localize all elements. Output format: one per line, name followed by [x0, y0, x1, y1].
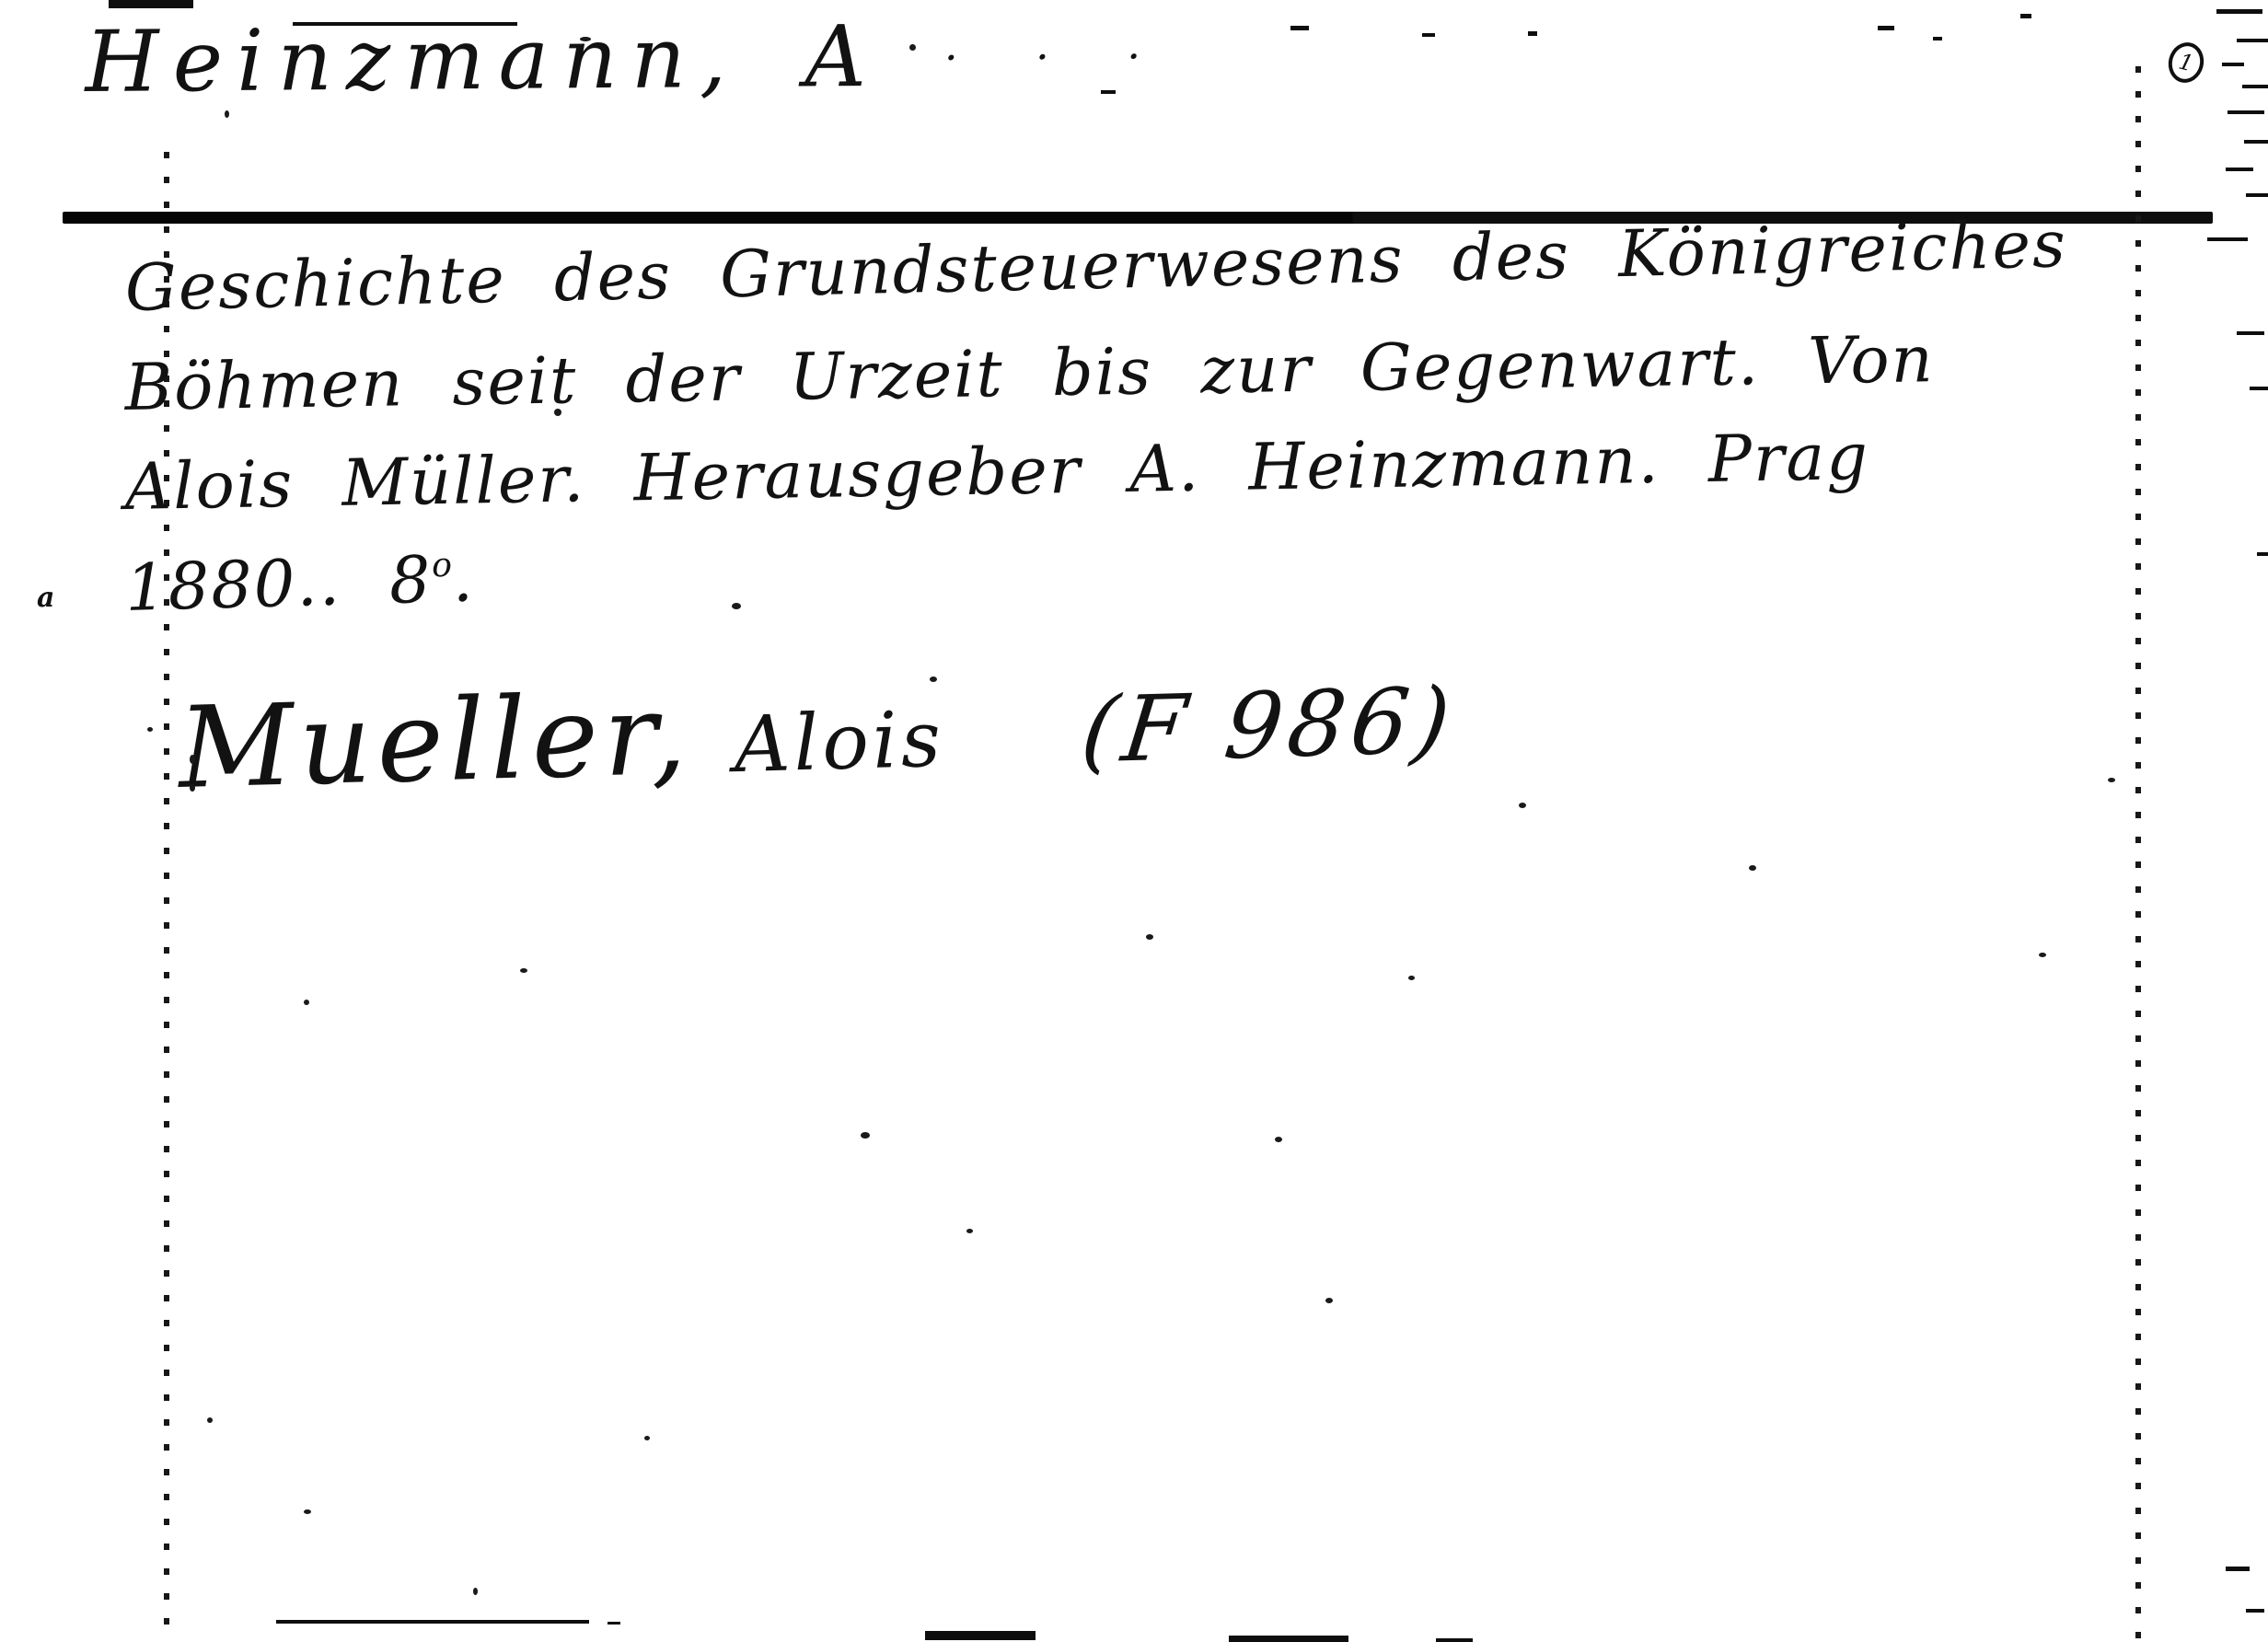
scan-speck: [304, 1509, 311, 1514]
scan-speck: [473, 1588, 478, 1595]
circled-number-annotation: 1: [2164, 39, 2208, 87]
scan-speck: [190, 784, 195, 792]
scan-artifact: [2244, 140, 2268, 144]
circled-number: 1: [2176, 49, 2196, 77]
scan-artifact: [2237, 331, 2264, 335]
scan-artifact: [2242, 85, 2268, 88]
scan-speck: [909, 44, 916, 51]
card-heading: Heinzmann, A · · ·: [85, 6, 1161, 111]
imprint-period: .: [451, 540, 476, 617]
imprint-text: 1880.. 8: [124, 542, 434, 626]
scan-artifact: [2246, 193, 2268, 197]
scan-artifact: [2237, 39, 2268, 42]
scan-artifact: [109, 0, 193, 8]
title-line-2: Böhmen seit der Urzeit bis zur Gegenwart…: [124, 321, 1935, 425]
scan-artifact: [2207, 237, 2248, 241]
scan-speck: [1146, 934, 1153, 940]
right-margin-dotted-line: [2135, 66, 2141, 1642]
scan-artifact: [1528, 31, 1537, 36]
scan-artifact: [2222, 63, 2244, 66]
scan-speck: [1408, 976, 1415, 980]
added-entry-line: Mueller, Alois (F 986): [177, 647, 1456, 814]
scan-artifact: [1290, 26, 1309, 30]
scan-artifact: [1101, 90, 1116, 94]
scan-speck: [644, 1436, 650, 1440]
scan-speck: [207, 1417, 213, 1423]
scan-artifact: [1933, 37, 1942, 40]
scan-speck: [2039, 953, 2046, 957]
scan-speck: [732, 603, 741, 609]
catalog-card: Heinzmann, A · · · 1 Geschichte des Grun…: [0, 0, 2268, 1642]
imprint-line: 1880.. 8o.: [124, 540, 476, 626]
title-line-1: Geschichte des Grundsteuerwesens des Kön…: [124, 206, 2068, 326]
scan-artifact: [2226, 1567, 2250, 1571]
added-entry-forename: Alois: [733, 694, 945, 790]
scan-speck: [1325, 1298, 1333, 1303]
scan-speck: [554, 409, 561, 416]
scan-speck: [861, 1132, 870, 1139]
margin-letter-mark: a: [37, 582, 54, 614]
scan-speck: [580, 37, 591, 41]
scan-speck: [966, 1229, 973, 1233]
scan-artifact: [2226, 168, 2253, 171]
scan-speck: [304, 1000, 309, 1005]
scan-artifact: [1229, 1636, 1348, 1642]
scan-speck: [1275, 1137, 1282, 1142]
imprint-format-superscript: o: [431, 545, 452, 585]
added-entry-surname: Mueller,: [177, 668, 693, 814]
scan-artifact: [607, 1622, 620, 1625]
scan-artifact: [293, 22, 517, 26]
heading-trailing-dots: · · ·: [944, 31, 1161, 83]
scan-speck: [520, 968, 527, 973]
scan-speck: [225, 110, 229, 118]
scan-artifact: [2257, 552, 2268, 556]
scan-artifact: [2216, 9, 2262, 14]
scan-artifact: [276, 1620, 589, 1624]
scan-speck: [190, 755, 195, 764]
scan-artifact: [1436, 1638, 1473, 1642]
scan-speck: [1749, 865, 1756, 871]
scan-speck: [147, 727, 153, 732]
scan-artifact: [925, 1631, 1036, 1640]
scan-speck: [930, 676, 937, 682]
scan-artifact: [1422, 33, 1435, 37]
added-entry-reference: (F 986): [1076, 668, 1460, 784]
scan-artifact: [2250, 387, 2268, 390]
scan-artifact: [2246, 1609, 2264, 1613]
scan-artifact: [2227, 110, 2264, 114]
scan-artifact: [2020, 14, 2031, 18]
scan-speck: [2108, 778, 2115, 782]
scan-speck: [1519, 803, 1526, 808]
title-line-3: Alois Müller. Herausgeber A. Heinzmann. …: [124, 419, 1870, 525]
scan-artifact: [1878, 26, 1894, 30]
